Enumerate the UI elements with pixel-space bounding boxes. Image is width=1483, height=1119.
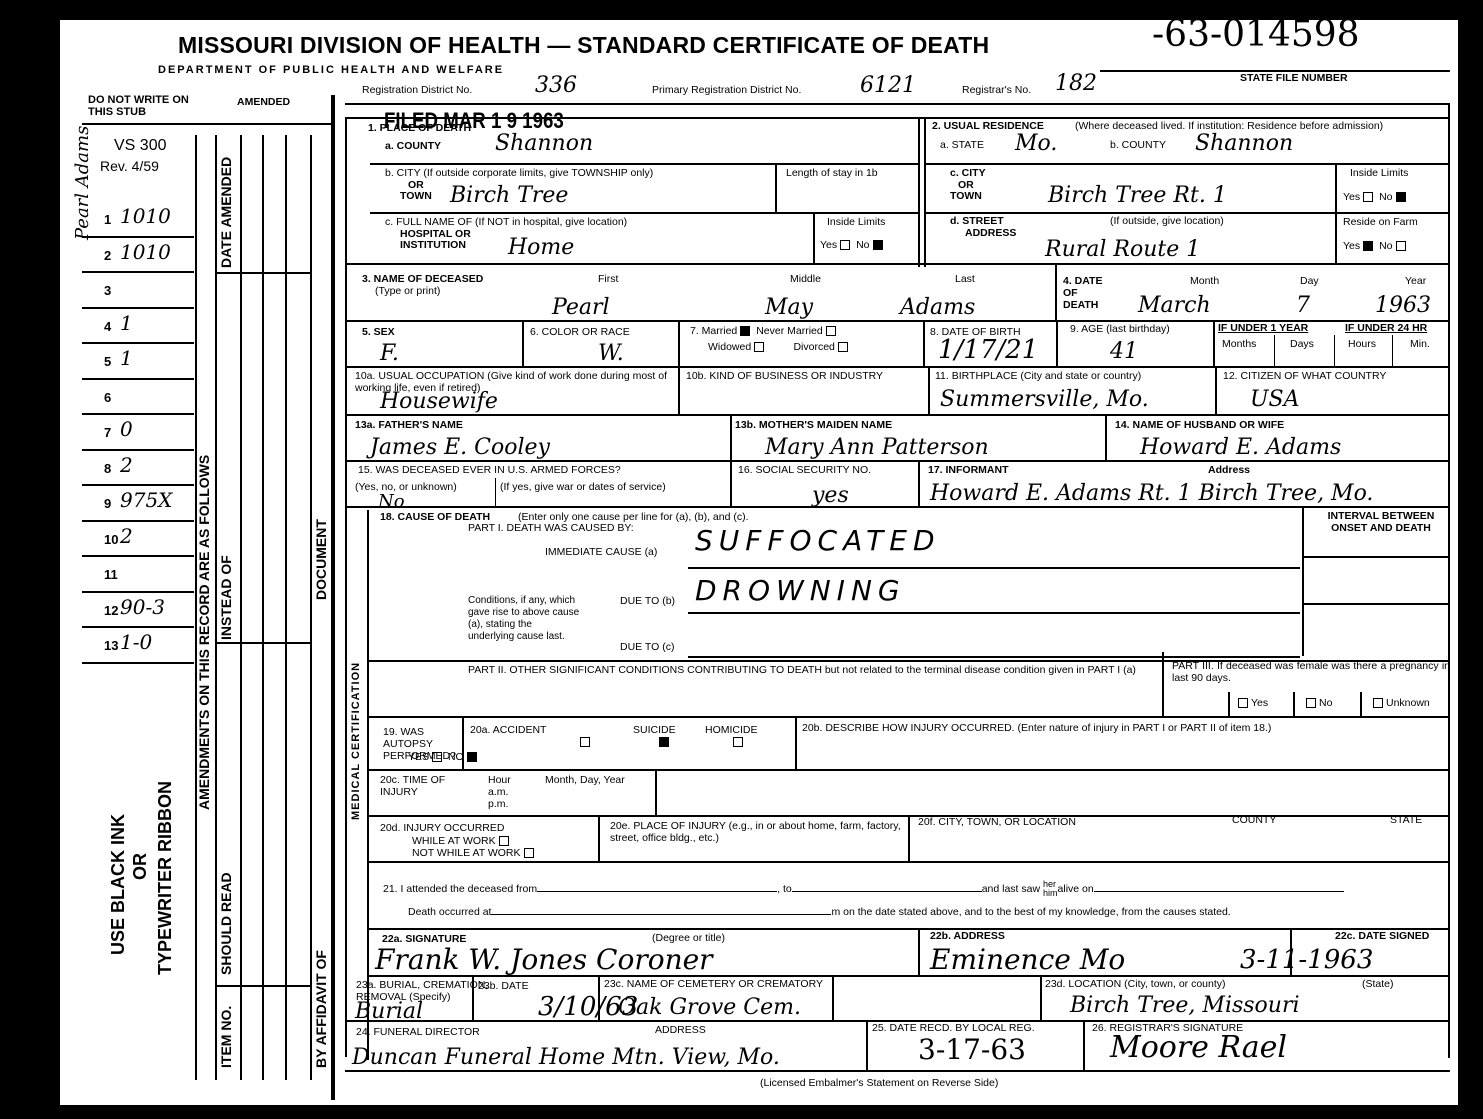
armed-forces-note1: (Yes, no, or unknown) <box>355 481 457 493</box>
registrar-value: 182 <box>1055 72 1097 96</box>
cemetery-label: 23c. NAME OF CEMETERY OR CREMATORY <box>604 978 823 990</box>
middle-name-label: Middle <box>790 273 821 285</box>
informant-value: Howard E. Adams Rt. 1 Birch Tree, Mo. <box>930 482 1373 506</box>
stub-row: 70 <box>82 413 194 451</box>
sex-label: 5. SEX <box>362 326 395 338</box>
stub-row: 11010 <box>82 200 194 238</box>
res-farm-checkboxes[interactable]: Yes No <box>1343 240 1409 252</box>
attended-line: 21. I attended the deceased from, toand … <box>383 880 1344 898</box>
pregnancy-no-checkbox[interactable]: No <box>1303 697 1332 709</box>
date-signed-label: 22c. DATE SIGNED <box>1335 930 1429 942</box>
res-street-label: d. STREET <box>950 215 1004 227</box>
pod-city-label: b. CITY (If outside corporate limits, gi… <box>385 167 653 179</box>
middle-name-value: May <box>765 296 813 320</box>
primary-reg-value: 6121 <box>860 74 916 98</box>
birthplace-value: Summersville, Mo. <box>940 388 1149 412</box>
place-of-death-label: 1. PLACE OF DEATH <box>368 122 471 134</box>
injury-state-label: STATE <box>1390 814 1422 826</box>
mother-value: Mary Ann Patterson <box>765 436 989 460</box>
res-city-label: c. CITY <box>950 167 986 179</box>
race-value: W. <box>598 342 624 366</box>
stub-row: 9975X <box>82 484 194 522</box>
interval-label: INTERVAL BETWEEN ONSET AND DEATH <box>1316 510 1446 534</box>
stub-row-value: 90-3 <box>120 595 165 619</box>
dod-day-value: 7 <box>1296 294 1310 318</box>
stub-row: 6 <box>82 378 194 416</box>
stub-amended: AMENDED <box>237 96 290 108</box>
marital-status-checkboxes-2[interactable]: Widowed Divorced <box>708 341 851 353</box>
state-file-label: STATE FILE NUMBER <box>1240 72 1348 84</box>
suicide-checkbox[interactable] <box>659 737 669 747</box>
stub-row-number: 1 <box>104 212 111 227</box>
stub-row: 1290-3 <box>82 591 194 629</box>
primary-reg-label: Primary Registration District No. <box>652 84 801 96</box>
am-label: a.m. <box>488 786 508 798</box>
stub-row-value: 0 <box>120 417 133 441</box>
funeral-director-value: Duncan Funeral Home Mtn. View, Mo. <box>352 1046 780 1070</box>
homicide-checkbox[interactable] <box>733 737 743 747</box>
black-ink-notice: USE BLACK INK <box>108 814 129 955</box>
res-city-value: Birch Tree Rt. 1 <box>1048 184 1227 208</box>
months-label: Months <box>1222 338 1256 350</box>
pod-inside-limits-label: Inside Limits <box>827 216 885 228</box>
res-county-label: b. COUNTY <box>1110 139 1166 151</box>
birthplace-label: 11. BIRTHPLACE (City and state or countr… <box>935 370 1141 382</box>
stub-row: 41 <box>82 307 194 345</box>
dod-label: 4. DATE OF DEATH <box>1063 275 1113 311</box>
autopsy-checkboxes[interactable]: YES NO <box>408 751 480 763</box>
stub-row-number: 6 <box>104 390 111 405</box>
certificate-page <box>60 20 1458 1105</box>
res-street-note: (If outside, give location) <box>1110 215 1224 227</box>
registrar-label: Registrar's No. <box>962 84 1031 96</box>
stub-row-number: 9 <box>104 496 111 511</box>
reg-district-label: Registration District No. <box>362 84 472 96</box>
name-label: 3. NAME OF DECEASED <box>362 273 483 285</box>
document-label: DOCUMENT <box>313 519 329 600</box>
stub-row-number: 12 <box>104 603 118 618</box>
while-work-checkbox[interactable]: WHILE AT WORK <box>412 835 512 847</box>
medical-certification-label: MEDICAL CERTIFICATION <box>350 662 362 820</box>
stub-row-number: 2 <box>104 248 111 263</box>
res-street-value: Rural Route 1 <box>1045 238 1200 262</box>
cemetery-value: Oak Grove Cem. <box>618 996 801 1020</box>
stub-row-number: 11 <box>104 567 118 582</box>
pod-hospital-value: Home <box>508 236 574 260</box>
hour-label: Hour <box>488 774 511 786</box>
burial-location-value: Birch Tree, Missouri <box>1070 994 1300 1018</box>
last-name-label: Last <box>955 273 975 285</box>
res-street-label2: ADDRESS <box>965 227 1016 239</box>
spouse-value: Howard E. Adams <box>1140 436 1341 460</box>
stub-row: 102 <box>82 520 194 558</box>
first-name-label: First <box>598 273 618 285</box>
burial-date-label: 23b. DATE <box>478 980 529 992</box>
accident-checkbox[interactable] <box>580 737 590 747</box>
stub-row: 3 <box>82 271 194 309</box>
instead-of-label: INSTEAD OF <box>218 555 234 640</box>
pm-label: p.m. <box>488 798 508 810</box>
signer-address-label: 22b. ADDRESS <box>930 930 1005 942</box>
work-label: 20d. INJURY OCCURRED <box>380 822 504 834</box>
mother-label: 13b. MOTHER'S MAIDEN NAME <box>735 419 892 431</box>
res-inside-limits-label: Inside Limits <box>1350 167 1408 179</box>
item-no-label: ITEM NO. <box>218 1006 234 1068</box>
stub-row-number: 7 <box>104 425 111 440</box>
immediate-cause-value: SUFFOCATED <box>695 524 941 557</box>
min-label: Min. <box>1410 338 1430 350</box>
state-file-number: -63-014598 <box>1152 14 1360 55</box>
signer-address-value: Eminence Mo <box>930 948 1125 972</box>
stub-row-value: 2 <box>120 453 133 477</box>
reg-district-value: 336 <box>535 74 577 98</box>
burial-location-label: 23d. LOCATION (City, town, or county) <box>1045 978 1226 990</box>
last-name-value: Adams <box>900 296 975 320</box>
funeral-director-address-label: ADDRESS <box>655 1024 706 1036</box>
stub-row: 11 <box>82 555 194 593</box>
burial-state-label: (State) <box>1362 978 1394 990</box>
citizen-value: USA <box>1250 388 1300 412</box>
res-city-town: TOWN <box>950 190 982 202</box>
pod-city-town: TOWN <box>400 190 432 202</box>
dod-year-value: 1963 <box>1375 294 1431 318</box>
name-note: (Type or print) <box>375 285 440 297</box>
stub-row-value: 1010 <box>120 240 171 264</box>
citizen-label: 12. CITIZEN OF WHAT COUNTRY <box>1223 370 1386 382</box>
dod-month-label: Month <box>1190 275 1219 287</box>
informant-label: 17. INFORMANT <box>928 464 1009 476</box>
date-amended-label: DATE AMENDED <box>218 157 234 268</box>
immediate-cause-label: IMMEDIATE CAUSE (a) <box>545 546 657 558</box>
pod-county-value: Shannon <box>495 132 593 156</box>
stub-row-value: 2 <box>120 524 133 548</box>
part2-label: PART II. OTHER SIGNIFICANT CONDITIONS CO… <box>468 664 1158 676</box>
pregnancy-yes-checkbox[interactable]: Yes <box>1235 697 1268 709</box>
describe-injury-label: 20b. DESCRIBE HOW INJURY OCCURRED. (Ente… <box>802 722 1271 734</box>
not-while-work-checkbox[interactable]: NOT WHILE AT WORK <box>412 847 537 859</box>
dod-month-value: March <box>1138 294 1211 318</box>
stub-row-number: 10 <box>104 532 118 547</box>
stub-row: 51 <box>82 342 194 380</box>
hours-label: Hours <box>1348 338 1376 350</box>
res-inside-limits-checkboxes[interactable]: Yes No <box>1343 191 1409 203</box>
stub-row: 131-0 <box>82 626 194 664</box>
pod-hospital-label3: INSTITUTION <box>400 239 466 251</box>
stub-row: 21010 <box>82 236 194 274</box>
res-state-value: Mo. <box>1015 132 1057 156</box>
mdy-label: Month, Day, Year <box>545 774 625 786</box>
registrar-signature-value: Moore Rael <box>1110 1036 1287 1060</box>
date-signed-value: 3-11-1963 <box>1240 948 1373 972</box>
first-name-value: Pearl <box>552 296 610 320</box>
stub-row-number: 8 <box>104 461 111 476</box>
part1-label: PART I. DEATH WAS CAUSED BY: <box>468 522 634 534</box>
signature-value: Frank W. Jones Coroner <box>375 948 713 972</box>
time-injury-label: 20c. TIME OF INJURY <box>380 774 460 798</box>
stub-row-value: 1 <box>120 311 133 335</box>
race-label: 6. COLOR OR RACE <box>530 326 630 338</box>
business-label: 10b. KIND OF BUSINESS OR INDUSTRY <box>686 370 883 382</box>
place-injury-label: 20e. PLACE OF INJURY (e.g., in or about … <box>610 820 910 844</box>
affidavit-label: BY AFFIDAVIT OF <box>313 950 329 1068</box>
armed-forces-label: 15. WAS DECEASED EVER IN U.S. ARMED FORC… <box>358 464 621 476</box>
embalmer-note: (Licensed Embalmer's Statement on Revers… <box>760 1077 998 1089</box>
stub-row-value: 975X <box>120 488 172 512</box>
under1-label: IF UNDER 1 YEAR <box>1218 322 1308 334</box>
dod-year-label: Year <box>1405 275 1426 287</box>
typewriter-notice: TYPEWRITER RIBBON <box>155 781 176 975</box>
death-occurred-line: Death occurred atm on the date stated ab… <box>408 906 1231 918</box>
pod-inside-limits-checkboxes[interactable]: Yes No <box>820 239 886 251</box>
form-revision: Rev. 4/59 <box>100 160 159 172</box>
marital-status-checkboxes[interactable]: 7. Married Never Married <box>690 325 839 337</box>
stub-row-number: 13 <box>104 638 118 653</box>
pod-county-label: a. COUNTY <box>385 140 441 152</box>
dob-value: 1/17/21 <box>938 338 1038 362</box>
stub-notice: DO NOT WRITE ON THIS STUB <box>88 94 198 118</box>
stub-row-number: 4 <box>104 319 111 334</box>
due-b-value: DROWNING <box>695 574 906 607</box>
stub-row-value: 1 <box>120 346 133 370</box>
father-value: James E. Cooley <box>370 436 550 460</box>
occupation-value: Housewife <box>380 390 498 414</box>
pod-hospital-label: c. FULL NAME OF (If NOT in hospital, giv… <box>385 216 627 228</box>
res-state-label: a. STATE <box>940 139 984 151</box>
injury-city-label: 20f. CITY, TOWN, OR LOCATION <box>918 816 1076 828</box>
days-label: Days <box>1290 338 1314 350</box>
or-notice: OR <box>130 853 151 880</box>
certificate-title: MISSOURI DIVISION OF HEALTH — STANDARD C… <box>178 32 989 59</box>
stub-row-value: 1-0 <box>120 630 152 654</box>
amendments-label: AMENDMENTS ON THIS RECORD ARE AS FOLLOWS <box>196 455 212 810</box>
pregnancy-unknown-checkbox[interactable]: Unknown <box>1370 697 1430 709</box>
ssn-label: 16. SOCIAL SECURITY NO. <box>738 464 871 476</box>
homicide-label: HOMICIDE <box>705 724 758 736</box>
age-value: 41 <box>1110 340 1138 364</box>
father-label: 13a. FATHER'S NAME <box>355 419 463 431</box>
informant-address-label: Address <box>1208 464 1250 476</box>
should-read-label: SHOULD READ <box>218 872 234 975</box>
due-c-label: DUE TO (c) <box>620 641 674 653</box>
accident-label: 20a. ACCIDENT <box>470 724 546 736</box>
stub-row-value: 1010 <box>120 204 171 228</box>
date-received-value: 3-17-63 <box>918 1038 1026 1062</box>
spouse-label: 14. NAME OF HUSBAND OR WIFE <box>1115 419 1284 431</box>
length-of-stay-label: Length of stay in 1b <box>786 167 878 179</box>
armed-forces-note2: (If yes, give war or dates of service) <box>500 481 666 493</box>
department-name: DEPARTMENT OF PUBLIC HEALTH AND WELFARE <box>158 64 504 76</box>
pod-city-value: Birch Tree <box>450 184 568 208</box>
under24-label: IF UNDER 24 HR <box>1345 322 1427 334</box>
ssn-value: yes <box>812 484 849 508</box>
res-county-value: Shannon <box>1195 132 1293 156</box>
funeral-director-label: 24. FUNERAL DIRECTOR <box>356 1026 480 1038</box>
suicide-label: SUICIDE <box>633 724 676 736</box>
form-number: VS 300 <box>114 140 166 152</box>
stub-row-number: 5 <box>104 354 111 369</box>
conditions-note: Conditions, if any, which gave rise to a… <box>468 595 580 643</box>
stub-row: 82 <box>82 449 194 487</box>
due-b-label: DUE TO (b) <box>620 595 675 607</box>
injury-county-label: COUNTY <box>1232 814 1276 826</box>
part3-label: PART III. If deceased was female was the… <box>1172 660 1450 684</box>
stub-row-number: 3 <box>104 283 111 298</box>
dod-day-label: Day <box>1300 275 1319 287</box>
res-farm-label: Reside on Farm <box>1343 216 1418 228</box>
age-label: 9. AGE (last birthday) <box>1070 323 1170 335</box>
sex-value: F. <box>380 342 399 366</box>
